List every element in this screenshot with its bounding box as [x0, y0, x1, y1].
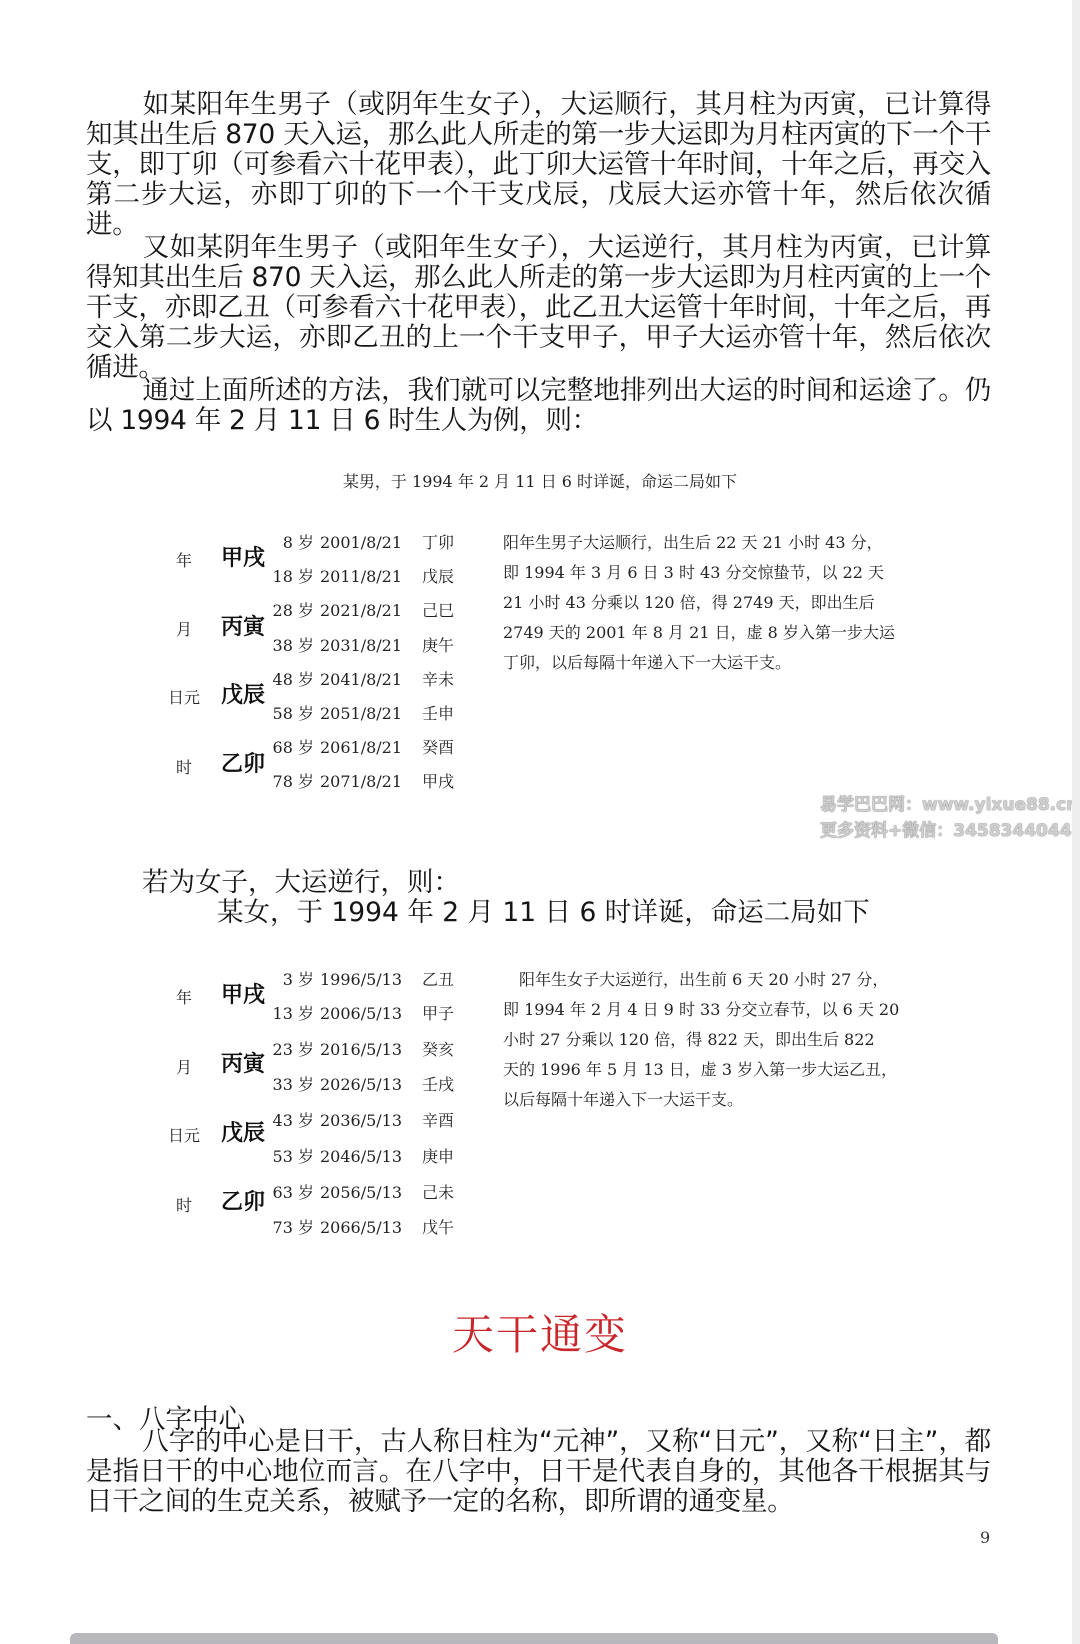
luck-date: 2026/5/13 — [320, 1075, 418, 1094]
pillar-value-day: 戊辰 — [221, 1116, 265, 1147]
luck-age: 23 岁 — [262, 1037, 314, 1060]
luck-age: 58 岁 — [262, 701, 314, 724]
luck-row: 48 岁2041/8/21辛未 — [262, 667, 454, 690]
paragraph-shunxing: 如某阳年生男子（或阴年生女子），大运顺行，其月柱为丙寅，已计算得知其出生后 87… — [86, 90, 991, 240]
luck-row: 18 岁2011/8/21戊辰 — [262, 564, 454, 587]
pillar-value-year: 甲戌 — [221, 978, 265, 1009]
luck-row: 23 岁2016/5/13癸亥 — [262, 1037, 454, 1060]
luck-ganzhi: 甲子 — [422, 1001, 454, 1024]
luck-date: 2021/8/21 — [320, 601, 418, 620]
luck-age: 78 岁 — [262, 769, 314, 792]
luck-age: 63 岁 — [262, 1180, 314, 1203]
female-chart-note: 阳年生女子大运逆行，出生前 6 天 20 小时 27 分， 即 1994 年 2… — [503, 965, 903, 1115]
luck-age: 68 岁 — [262, 735, 314, 758]
note-line: 小时 27 分乘以 120 倍，得 822 天，即出生后 822 — [503, 1025, 903, 1055]
pillar-label-hour: 时 — [176, 1193, 192, 1216]
pillar-value-year: 甲戌 — [221, 541, 265, 572]
document-page: 如某阳年生男子（或阴年生女子），大运顺行，其月柱为丙寅，已计算得知其出生后 87… — [0, 0, 1072, 1644]
luck-ganzhi: 乙丑 — [422, 967, 454, 990]
male-chart-note: 阳年生男子大运顺行，出生后 22 天 21 小时 43 分， 即 1994 年 … — [503, 528, 903, 678]
luck-date: 2001/8/21 — [320, 533, 418, 552]
luck-date: 2066/5/13 — [320, 1218, 418, 1237]
luck-row: 78 岁2071/8/21甲戌 — [262, 769, 454, 792]
luck-date: 2011/8/21 — [320, 567, 418, 586]
luck-age: 33 岁 — [262, 1072, 314, 1095]
pillar-value-month: 丙寅 — [221, 1047, 265, 1078]
paragraph-text: 又如某阴年生男子（或阳年生女子），大运逆行，其月柱为丙寅，已计算得知其出生后 8… — [86, 232, 991, 383]
luck-date: 2046/5/13 — [320, 1147, 418, 1166]
section-body: 八字的中心是日干，古人称日柱为“元神”，又称“日元”，又称“日主”，都是指日干的… — [86, 1427, 991, 1517]
luck-date: 2036/5/13 — [320, 1111, 418, 1130]
luck-date: 2006/5/13 — [320, 1004, 418, 1023]
luck-age: 13 岁 — [262, 1001, 314, 1024]
note-line: 阳年生男子大运顺行，出生后 22 天 21 小时 43 分， — [503, 528, 903, 558]
pillar-value-day: 戊辰 — [221, 678, 265, 709]
luck-ganzhi: 己巳 — [422, 598, 454, 621]
pillar-label-year: 年 — [176, 985, 192, 1008]
luck-row: 3 岁1996/5/13乙丑 — [262, 967, 454, 990]
note-line: 以后每隔十年递入下一大运干支。 — [503, 1085, 903, 1115]
horizontal-scrollbar[interactable] — [70, 1633, 998, 1644]
luck-ganzhi: 辛酉 — [422, 1108, 454, 1131]
pillar-value-month: 丙寅 — [221, 610, 265, 641]
luck-date: 2061/8/21 — [320, 738, 418, 757]
section-title: 天干通变 — [0, 1302, 1080, 1362]
luck-age: 28 岁 — [262, 598, 314, 621]
luck-row: 53 岁2046/5/13庚申 — [262, 1144, 454, 1167]
luck-ganzhi: 癸酉 — [422, 735, 454, 758]
luck-ganzhi: 戊辰 — [422, 564, 454, 587]
luck-row: 33 岁2026/5/13壬戌 — [262, 1072, 454, 1095]
pillar-value-hour: 乙卯 — [221, 1185, 265, 1216]
luck-date: 2031/8/21 — [320, 636, 418, 655]
paragraph-nixing: 又如某阴年生男子（或阳年生女子），大运逆行，其月柱为丙寅，已计算得知其出生后 8… — [86, 233, 991, 383]
luck-age: 53 岁 — [262, 1144, 314, 1167]
luck-row: 28 岁2021/8/21己巳 — [262, 598, 454, 621]
luck-date: 2071/8/21 — [320, 772, 418, 791]
luck-date: 2051/8/21 — [320, 704, 418, 723]
luck-age: 38 岁 — [262, 633, 314, 656]
luck-row: 63 岁2056/5/13己未 — [262, 1180, 454, 1203]
luck-age: 8 岁 — [262, 530, 314, 553]
pillar-label-hour: 时 — [176, 755, 192, 778]
luck-ganzhi: 庚申 — [422, 1144, 454, 1167]
paragraph-text: 如某阳年生男子（或阴年生女子），大运顺行，其月柱为丙寅，已计算得知其出生后 87… — [86, 89, 991, 240]
luck-row: 8 岁2001/8/21丁卯 — [262, 530, 454, 553]
note-line: 21 小时 43 分乘以 120 倍，得 2749 天，即出生后 — [503, 588, 903, 618]
luck-ganzhi: 壬申 — [422, 701, 454, 724]
watermark-site: 易学巴巴网：www.yixue88.cn — [820, 790, 1078, 815]
note-line: 2749 天的 2001 年 8 月 21 日，虚 8 岁入第一步大运 — [503, 618, 903, 648]
luck-date: 1996/5/13 — [320, 970, 418, 989]
paragraph-text: 八字的中心是日干，古人称日柱为“元神”，又称“日元”，又称“日主”，都是指日干的… — [86, 1426, 991, 1517]
luck-row: 13 岁2006/5/13甲子 — [262, 1001, 454, 1024]
luck-ganzhi: 丁卯 — [422, 530, 454, 553]
luck-ganzhi: 甲戌 — [422, 769, 454, 792]
pillar-label-month: 月 — [176, 617, 192, 640]
pillar-label-year: 年 — [176, 548, 192, 571]
pillar-value-hour: 乙卯 — [221, 747, 265, 778]
luck-ganzhi: 庚午 — [422, 633, 454, 656]
paragraph-example-intro: 通过上面所述的方法，我们就可以完整地排列出大运的时间和运途了。仍以 1994 年… — [86, 376, 991, 436]
luck-age: 3 岁 — [262, 967, 314, 990]
luck-age: 18 岁 — [262, 564, 314, 587]
luck-row: 43 岁2036/5/13辛酉 — [262, 1108, 454, 1131]
luck-age: 43 岁 — [262, 1108, 314, 1131]
luck-row: 68 岁2061/8/21癸酉 — [262, 735, 454, 758]
page-number: 9 — [980, 1528, 990, 1547]
luck-row: 73 岁2066/5/13戊午 — [262, 1215, 454, 1238]
luck-date: 2056/5/13 — [320, 1183, 418, 1202]
note-line: 天的 1996 年 5 月 13 日，虚 3 岁入第一步大运乙丑， — [503, 1055, 903, 1085]
pillar-label-month: 月 — [176, 1055, 192, 1078]
note-line: 丁卯，以后每隔十年递入下一大运干支。 — [503, 648, 903, 678]
luck-age: 73 岁 — [262, 1215, 314, 1238]
note-line: 阳年生女子大运逆行，出生前 6 天 20 小时 27 分， — [503, 965, 903, 995]
luck-ganzhi: 壬戌 — [422, 1072, 454, 1095]
paragraph-text: 通过上面所述的方法，我们就可以完整地排列出大运的时间和运途了。仍以 1994 年… — [86, 375, 991, 436]
luck-row: 38 岁2031/8/21庚午 — [262, 633, 454, 656]
note-line: 即 1994 年 3 月 6 日 3 时 43 分交惊蛰节，以 22 天 — [503, 558, 903, 588]
luck-ganzhi: 戊午 — [422, 1215, 454, 1238]
luck-age: 48 岁 — [262, 667, 314, 690]
luck-ganzhi: 癸亥 — [422, 1037, 454, 1060]
pillar-label-day: 日元 — [168, 685, 200, 708]
luck-ganzhi: 己未 — [422, 1180, 454, 1203]
viewer-edge — [1072, 0, 1080, 1644]
female-chart-caption: 某女，于 1994 年 2 月 11 日 6 时详诞，命运二局如下 — [217, 890, 870, 929]
pillar-label-day: 日元 — [168, 1123, 200, 1146]
luck-row: 58 岁2051/8/21壬申 — [262, 701, 454, 724]
luck-date: 2016/5/13 — [320, 1040, 418, 1059]
luck-date: 2041/8/21 — [320, 670, 418, 689]
note-line: 即 1994 年 2 月 4 日 9 时 33 分交立春节，以 6 天 20 — [503, 995, 903, 1025]
watermark-contact: 更多资料+微信：3458344044 — [820, 816, 1072, 841]
male-chart-caption: 某男，于 1994 年 2 月 11 日 6 时详诞，命运二局如下 — [0, 469, 1080, 492]
luck-ganzhi: 辛未 — [422, 667, 454, 690]
